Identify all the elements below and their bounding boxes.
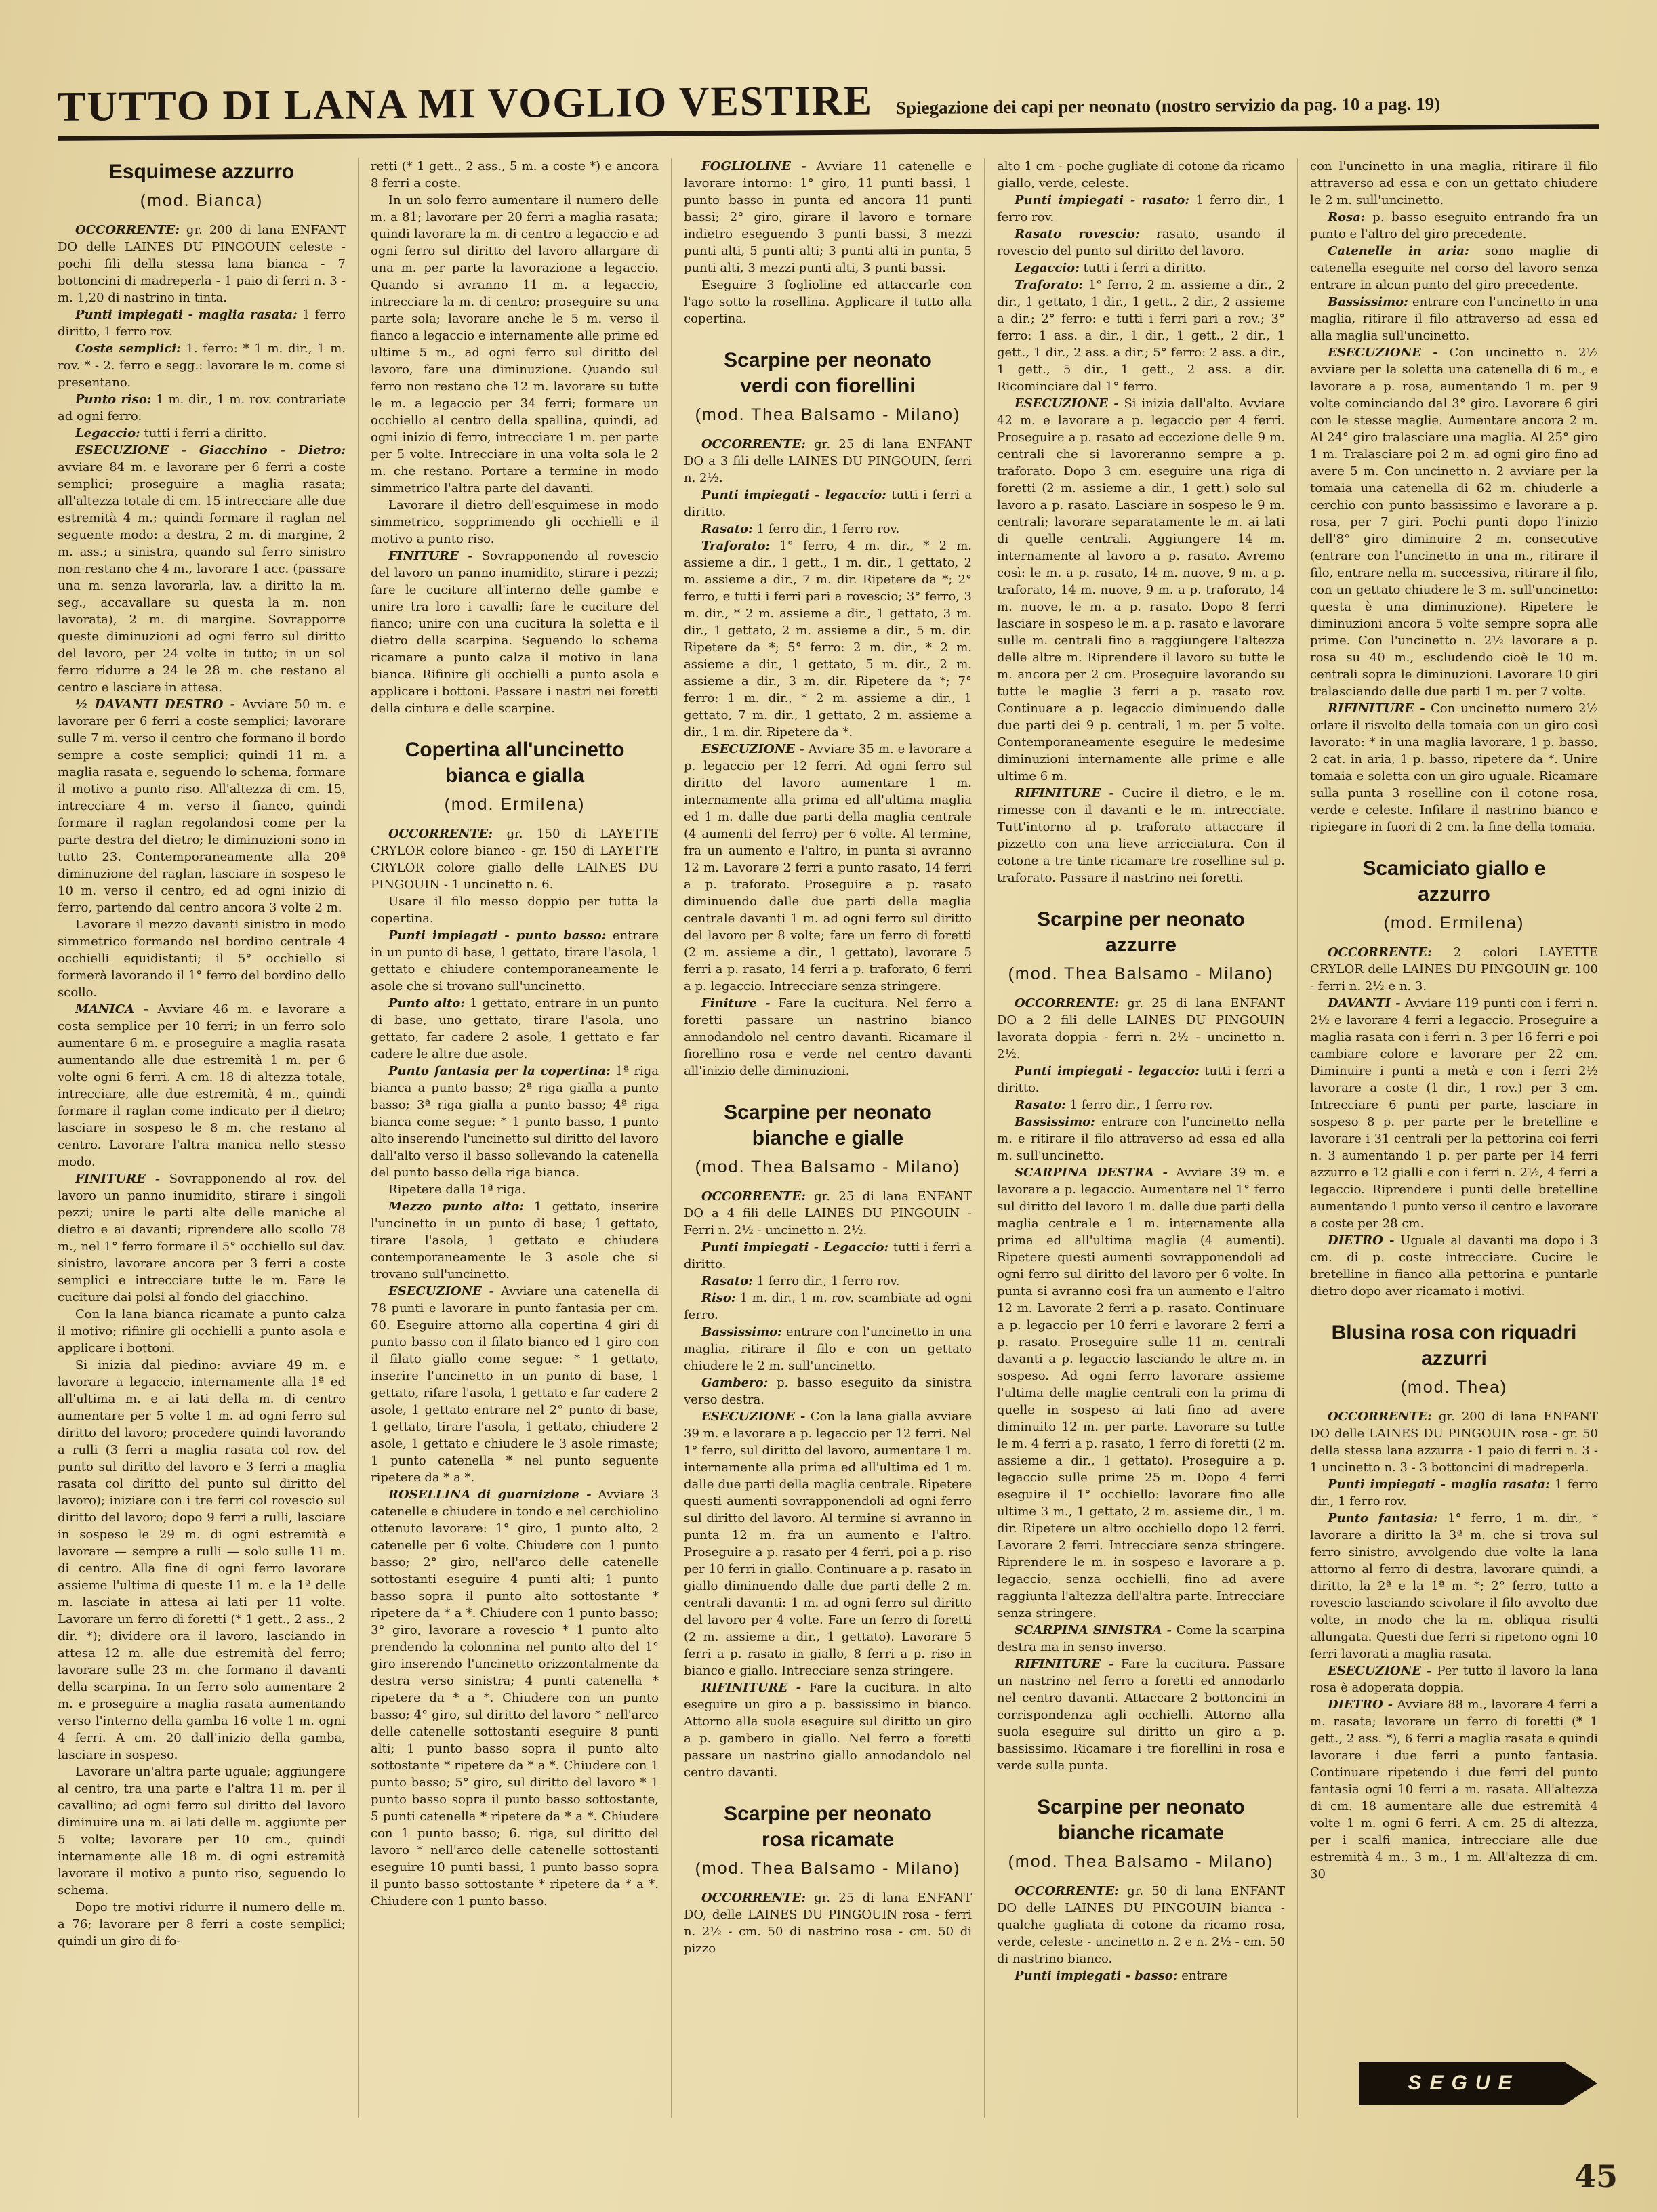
column-1: Esquimese azzurro (mod. Bianca) OCCORREN… bbox=[58, 158, 346, 2118]
magazine-page: TUTTO DI LANA MI VOGLIO VESTIRE Spiegazi… bbox=[0, 0, 1657, 2212]
pattern-paragraph: Lavorare il dietro dell'esquimese in mod… bbox=[371, 497, 659, 548]
pattern-paragraph: Punti impiegati - rasato: 1 ferro dir., … bbox=[997, 192, 1285, 226]
pattern-paragraph: ROSELLINA di guarnizione - Avviare 3 cat… bbox=[371, 1486, 659, 1910]
pattern-paragraph: Ripetere dalla 1ª riga. bbox=[371, 1181, 659, 1198]
pattern-paragraph: Punti impiegati - legaccio: tutti i ferr… bbox=[997, 1063, 1285, 1097]
pattern-paragraph: SCARPINA DESTRA - Avviare 39 m. e lavora… bbox=[997, 1164, 1285, 1622]
pattern-paragraph: ESECUZIONE - Avviare una catenella di 78… bbox=[371, 1283, 659, 1486]
pattern-paragraph: OCCORRENTE: gr. 25 di lana ENFANT DO a 2… bbox=[997, 995, 1285, 1063]
pattern-paragraph: Punti impiegati - legaccio: tutti i ferr… bbox=[684, 487, 972, 520]
model-credit: (mod. Thea Balsamo - Milano) bbox=[997, 964, 1285, 984]
model-credit: (mod. Thea Balsamo - Milano) bbox=[684, 405, 972, 425]
pattern-paragraph: ESECUZIONE - Con uncinetto n. 2½ avviare… bbox=[1310, 344, 1598, 700]
pattern-paragraph: retti (* 1 gett., 2 ass., 5 m. a coste *… bbox=[371, 158, 659, 192]
pattern-paragraph: OCCORRENTE: gr. 25 di lana ENFANT DO a 3… bbox=[684, 436, 972, 487]
page-title: TUTTO DI LANA MI VOGLIO VESTIRE bbox=[58, 79, 873, 127]
pattern-paragraph: alto 1 cm - poche gugliate di cotone da … bbox=[997, 158, 1285, 192]
pattern-paragraph: ESECUZIONE - Con la lana gialla avviare … bbox=[684, 1408, 972, 1679]
segue-arrow-banner: SEGUE bbox=[1359, 2062, 1597, 2105]
model-credit: (mod. Thea Balsamo - Milano) bbox=[684, 1858, 972, 1879]
pattern-paragraph: Traforato: 1° ferro, 2 m. assieme a dir.… bbox=[997, 276, 1285, 395]
pattern-paragraph: Bassissimo: entrare con l'uncinetto in u… bbox=[1310, 293, 1598, 344]
pattern-paragraph: Punti impiegati - maglia rasata: 1 ferro… bbox=[1310, 1476, 1598, 1510]
model-credit: (mod. Thea) bbox=[1310, 1377, 1598, 1397]
heading-scarpine-bianche-ricamate: Scarpine per neonato bianche ricamate bbox=[1015, 1795, 1267, 1846]
column-5: con l'uncinetto in una maglia, ritirare … bbox=[1297, 158, 1598, 2118]
pattern-paragraph: In un solo ferro aumentare il numero del… bbox=[371, 192, 659, 497]
pattern-paragraph: OCCORRENTE: gr. 200 di lana ENFANT DO de… bbox=[1310, 1408, 1598, 1476]
pattern-paragraph: Rasato: 1 ferro dir., 1 ferro rov. bbox=[684, 1273, 972, 1290]
model-credit: (mod. Ermilena) bbox=[371, 794, 659, 815]
pattern-paragraph: OCCORRENTE: gr. 150 di LAYETTE CRYLOR co… bbox=[371, 825, 659, 893]
pattern-paragraph: FINITURE - Sovrapponendo al rovescio del… bbox=[371, 548, 659, 717]
page-header: TUTTO DI LANA MI VOGLIO VESTIRE Spiegazi… bbox=[58, 74, 1599, 128]
pattern-paragraph: con l'uncinetto in una maglia, ritirare … bbox=[1310, 158, 1598, 209]
pattern-paragraph: RIFINITURE - Fare la cucitura. In alto e… bbox=[684, 1679, 972, 1781]
pattern-paragraph: ½ DAVANTI DESTRO - Avviare 50 m. e lavor… bbox=[58, 696, 346, 916]
pattern-paragraph: Punto alto: 1 gettato, entrare in un pun… bbox=[371, 995, 659, 1063]
pattern-paragraph: OCCORRENTE: 2 colori LAYETTE CRYLOR dell… bbox=[1310, 944, 1598, 995]
pattern-paragraph: Bassissimo: entrare con l'uncinetto in u… bbox=[684, 1324, 972, 1374]
heading-esquimese-azzurro: Esquimese azzurro bbox=[75, 159, 328, 185]
article-columns: Esquimese azzurro (mod. Bianca) OCCORREN… bbox=[58, 158, 1599, 2118]
pattern-paragraph: DAVANTI - Avviare 119 punti con i ferri … bbox=[1310, 995, 1598, 1232]
pattern-paragraph: Legaccio: tutti i ferri a diritto. bbox=[997, 260, 1285, 276]
pattern-paragraph: OCCORRENTE: gr. 50 di lana ENFANT DO del… bbox=[997, 1883, 1285, 1967]
heading-scarpine-rosa: Scarpine per neonato rosa ricamate bbox=[701, 1801, 954, 1853]
pattern-paragraph: FOGLIOLINE - Avviare 11 catenelle e lavo… bbox=[684, 158, 972, 276]
page-number: 45 bbox=[1574, 2158, 1618, 2194]
pattern-paragraph: Bassissimo: entrare con l'uncinetto nell… bbox=[997, 1113, 1285, 1164]
pattern-paragraph: Punti impiegati - basso: entrare bbox=[997, 1967, 1285, 1984]
pattern-paragraph: RIFINITURE - Cucire il dietro, e le m. r… bbox=[997, 785, 1285, 886]
pattern-paragraph: RIFINITURE - Con uncinetto numero 2½ orl… bbox=[1310, 700, 1598, 836]
pattern-paragraph: Rasato: 1 ferro dir., 1 ferro rov. bbox=[997, 1097, 1285, 1113]
model-credit: (mod. Bianca) bbox=[58, 190, 346, 211]
pattern-paragraph: Punti impiegati - Legaccio: tutti i ferr… bbox=[684, 1239, 972, 1273]
pattern-paragraph: Coste semplici: 1. ferro: * 1 m. dir., 1… bbox=[58, 340, 346, 391]
pattern-paragraph: Mezzo punto alto: 1 gettato, inserire l'… bbox=[371, 1198, 659, 1283]
pattern-paragraph: Eseguire 3 foglioline ed attaccarle con … bbox=[684, 276, 972, 327]
pattern-paragraph: MANICA - Avviare 46 m. e lavorare a cost… bbox=[58, 1001, 346, 1170]
heading-copertina-uncinetto: Copertina all'uncinetto bianca e gialla bbox=[388, 737, 641, 789]
pattern-paragraph: OCCORRENTE: gr. 25 di lana ENFANT DO, de… bbox=[684, 1889, 972, 1957]
page-subtitle: Spiegazione dei capi per neonato (nostro… bbox=[896, 94, 1440, 121]
pattern-paragraph: Traforato: 1° ferro, 4 m. dir., * 2 m. a… bbox=[684, 537, 972, 741]
pattern-paragraph: Gambero: p. basso eseguito da sinistra v… bbox=[684, 1374, 972, 1408]
pattern-paragraph: Riso: 1 m. dir., 1 m. rov. scambiate ad … bbox=[684, 1290, 972, 1324]
pattern-paragraph: Punto fantasia: 1° ferro, 1 m. dir., * l… bbox=[1310, 1510, 1598, 1662]
pattern-paragraph: ESECUZIONE - Per tutto il lavoro la lana… bbox=[1310, 1662, 1598, 1696]
pattern-paragraph: Con la lana bianca ricamate a punto calz… bbox=[58, 1306, 346, 1357]
pattern-paragraph: OCCORRENTE: gr. 200 di lana ENFANT DO de… bbox=[58, 222, 346, 306]
heading-scarpine-bianche-gialle: Scarpine per neonato bianche e gialle bbox=[701, 1100, 954, 1151]
pattern-paragraph: Si inizia dal piedino: avviare 49 m. e l… bbox=[58, 1357, 346, 1763]
pattern-paragraph: Legaccio: tutti i ferri a diritto. bbox=[58, 425, 346, 442]
pattern-paragraph: ESECUZIONE - Avviare 35 m. e lavorare a … bbox=[684, 741, 972, 995]
column-3: FOGLIOLINE - Avviare 11 catenelle e lavo… bbox=[671, 158, 972, 2118]
pattern-paragraph: Lavorare un'altra parte uguale; aggiunge… bbox=[58, 1763, 346, 1899]
pattern-paragraph: DIETRO - Avviare 88 m., lavorare 4 ferri… bbox=[1310, 1696, 1598, 1883]
heading-scamiciato: Scamiciato giallo e azzurro bbox=[1328, 856, 1580, 907]
pattern-paragraph: ESECUZIONE - Si inizia dall'alto. Avviar… bbox=[997, 395, 1285, 785]
pattern-paragraph: SCARPINA SINISTRA - Come la scarpina des… bbox=[997, 1622, 1285, 1656]
column-4: alto 1 cm - poche gugliate di cotone da … bbox=[984, 158, 1285, 2118]
heading-scarpine-verdi: Scarpine per neonato verdi con fiorellin… bbox=[701, 348, 954, 399]
pattern-paragraph: Punti impiegati - punto basso: entrare i… bbox=[371, 927, 659, 995]
model-credit: (mod. Thea Balsamo - Milano) bbox=[684, 1157, 972, 1177]
pattern-paragraph: OCCORRENTE: gr. 25 di lana ENFANT DO a 4… bbox=[684, 1188, 972, 1239]
pattern-paragraph: Punti impiegati - maglia rasata: 1 ferro… bbox=[58, 306, 346, 340]
model-credit: (mod. Ermilena) bbox=[1310, 913, 1598, 933]
model-credit: (mod. Thea Balsamo - Milano) bbox=[997, 1851, 1285, 1872]
pattern-paragraph: Catenelle in aria: sono maglie di catene… bbox=[1310, 243, 1598, 293]
pattern-paragraph: RIFINITURE - Fare la cucitura. Passare u… bbox=[997, 1656, 1285, 1774]
heading-blusina-rosa: Blusina rosa con riquadri azzurri bbox=[1328, 1320, 1580, 1372]
pattern-paragraph: Dopo tre motivi ridurre il numero delle … bbox=[58, 1899, 346, 1950]
column-2: retti (* 1 gett., 2 ass., 5 m. a coste *… bbox=[358, 158, 659, 2118]
pattern-paragraph: FINITURE - Sovrapponendo al rov. del lav… bbox=[58, 1170, 346, 1306]
pattern-paragraph: DIETRO - Uguale al davanti ma dopo i 3 c… bbox=[1310, 1232, 1598, 1300]
pattern-paragraph: Punto fantasia per la copertina: 1ª riga… bbox=[371, 1063, 659, 1181]
pattern-paragraph: Punto riso: 1 m. dir., 1 m. rov. contrar… bbox=[58, 391, 346, 425]
pattern-paragraph: Rosa: p. basso eseguito entrando fra un … bbox=[1310, 209, 1598, 243]
pattern-paragraph: Rasato rovescio: rasato, usando il roves… bbox=[997, 226, 1285, 260]
pattern-paragraph: Finiture - Fare la cucitura. Nel ferro a… bbox=[684, 995, 972, 1080]
pattern-paragraph: Rasato: 1 ferro dir., 1 ferro rov. bbox=[684, 520, 972, 537]
heading-scarpine-azzurre: Scarpine per neonato azzurre bbox=[1015, 907, 1267, 958]
pattern-paragraph: Lavorare il mezzo davanti sinistro in mo… bbox=[58, 916, 346, 1001]
pattern-paragraph: ESECUZIONE - Giacchino - Dietro: avviare… bbox=[58, 442, 346, 696]
pattern-paragraph: Usare il filo messo doppio per tutta la … bbox=[371, 893, 659, 927]
